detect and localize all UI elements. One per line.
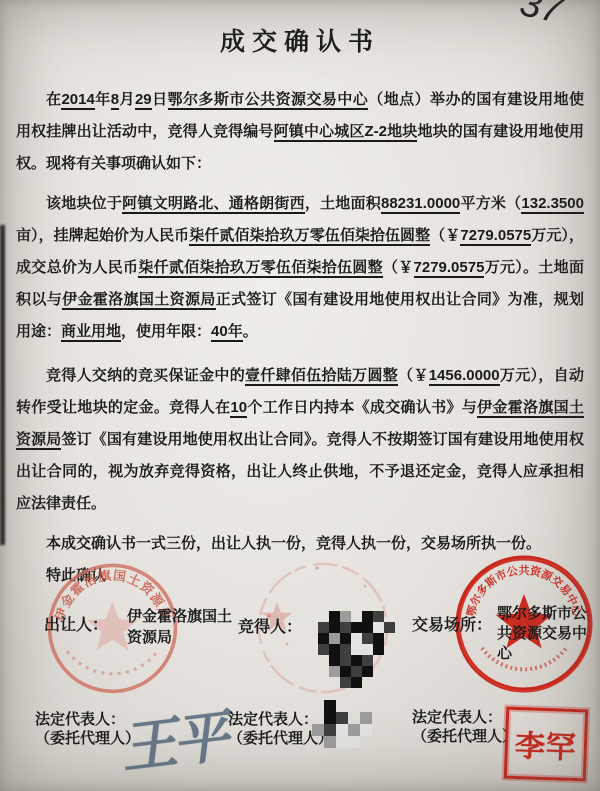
underlined-field-value: 商业用地 — [61, 323, 121, 342]
underlined-field-value: 40年 — [211, 323, 243, 342]
underlined-field-value: 8 — [111, 91, 119, 110]
venue-name: 鄂尔多斯市公共资源交易中心 — [497, 604, 597, 664]
mosaic-row — [318, 622, 395, 633]
buyer-name-censored-mosaic — [318, 611, 395, 688]
body-text: 亩），挂牌起始价为人民币 — [16, 227, 189, 244]
seller-label: 出让人： — [44, 612, 108, 635]
agent-line: （委托代理人） — [412, 727, 517, 746]
legal-rep-line: 法定代表人： — [412, 708, 517, 727]
mosaic-row — [312, 700, 372, 712]
underlined-field-value: 柒仟贰佰柒拾玖万零伍佰柒拾伍圆整 — [138, 259, 383, 278]
underlined-field-value: 7279.0575 — [460, 227, 531, 246]
body-text: （￥ — [430, 227, 460, 244]
underlined-field-value: 2014 — [61, 91, 94, 110]
underlined-field-value: 1456.0000 — [429, 367, 500, 386]
scan-edge-artifact — [0, 225, 5, 545]
underlined-field-value: 柒仟贰佰柒拾玖万零伍佰柒拾伍圆整 — [189, 227, 430, 246]
paragraph-intro: 在2014年8月29日鄂尔多斯市公共资源交易中心（地点）举办的国有建设用地使用权… — [16, 84, 584, 180]
body-text: 月 — [119, 91, 135, 108]
mosaic-row — [318, 655, 395, 666]
mosaic-row — [312, 736, 372, 748]
body-text: 竞得人交纳的竞买保证金中的 — [46, 367, 245, 384]
legal-rep-label-seller: 法定代表人： （委托代理人） — [35, 710, 140, 748]
venue-representative-name-seal: 李罕 — [504, 707, 588, 782]
body-text: 年 — [95, 91, 111, 108]
underlined-field-value: 132.3500 — [521, 195, 584, 214]
body-text: 平方米（ — [460, 195, 521, 212]
mosaic-row — [318, 633, 395, 644]
paragraph-parcel-details: 该地块位于阿镇文明路北、通格朗街西，土地面积88231.0000平方米（132.… — [16, 188, 584, 348]
underlined-field-value: 29 — [135, 91, 152, 110]
body-text: 该地块位于 — [46, 195, 122, 212]
agent-line: （委托代理人） — [35, 729, 140, 748]
mosaic-row — [318, 611, 395, 622]
legal-rep-line: 法定代表人： — [35, 710, 140, 729]
underlined-field-value: 伊金霍洛旗国土资源局 — [62, 291, 216, 310]
body-text: 日 — [152, 91, 168, 108]
body-text: （￥ — [383, 259, 414, 276]
mosaic-row — [312, 724, 372, 736]
underlined-field-value: 7279.0575 — [414, 259, 485, 278]
underlined-field-value: 10 — [230, 399, 247, 418]
body-text: （￥ — [398, 367, 429, 384]
underlined-field-value: 壹仟肆佰伍拾陆万圆整 — [245, 367, 398, 386]
body-text: ，使用年限： — [121, 323, 211, 340]
body-text: ，土地面积 — [305, 195, 381, 212]
paragraph-deposit-terms: 竞得人交纳的竞买保证金中的壹仟肆佰伍拾陆万圆整（￥1456.0000万元），自动… — [16, 360, 584, 520]
mosaic-row — [318, 677, 395, 688]
buyer-label: 竞得人： — [238, 614, 302, 637]
document-body: 在2014年8月29日鄂尔多斯市公共资源交易中心（地点）举办的国有建设用地使用权… — [16, 84, 584, 592]
underlined-field-value: 鄂尔多斯市公共资源交易中心 — [168, 91, 369, 110]
legal-rep-label-venue: 法定代表人： （委托代理人） — [412, 708, 517, 746]
seller-representative-signature: 王平 — [121, 691, 234, 786]
name-seal-text: 李罕 — [514, 721, 577, 767]
body-text: 在 — [46, 91, 61, 108]
body-text: 个工作日内持本《成交确认书》与 — [247, 399, 477, 416]
underlined-field-value: 阿镇中心城区Z-2地块 — [274, 123, 418, 142]
body-text: 签订《国有建设用地使用权出让合同》。竞得人不按期签订国有建设用地使用权出让合同的… — [16, 431, 584, 512]
seller-name: 伊金霍洛旗国土资源局 — [127, 606, 233, 648]
underlined-field-value: 88231.0000 — [381, 195, 460, 214]
mosaic-row — [318, 644, 395, 655]
underlined-field-value: 阿镇文明路北、通格朗街西 — [122, 195, 305, 214]
venue-label: 交易场所： — [412, 612, 492, 635]
scanned-document-page: 成交确认书 37 在2014年8月29日鄂尔多斯市公共资源交易中心（地点）举办的… — [0, 0, 600, 791]
body-text: 。 — [243, 323, 258, 340]
mosaic-row — [318, 666, 395, 677]
buyer-agent-censored-mosaic — [312, 700, 372, 748]
document-title: 成交确认书 — [0, 22, 600, 58]
mosaic-row — [312, 712, 372, 724]
